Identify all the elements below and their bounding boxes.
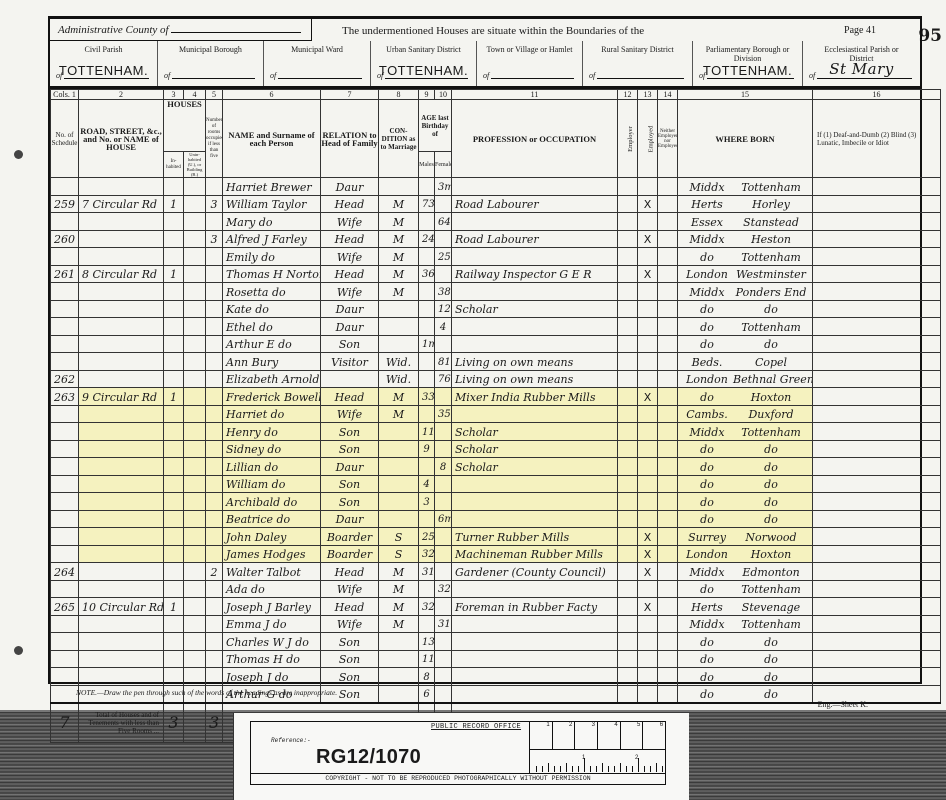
district-municipal-borough: Municipal Boroughof <box>158 41 264 86</box>
born-cell: doTottenham <box>678 580 813 598</box>
uninhabited-cell <box>184 493 206 511</box>
condition-cell <box>379 335 419 353</box>
rooms-cell <box>206 283 223 301</box>
neither-cell <box>658 370 678 388</box>
condition-cell: M <box>379 265 419 283</box>
relation-cell: Daur <box>321 318 379 336</box>
col-num: 6 <box>223 90 321 100</box>
female-age-cell <box>435 493 452 511</box>
infirmity-cell <box>813 405 941 423</box>
male-age-cell: 6 <box>419 685 435 703</box>
male-age-cell <box>419 370 435 388</box>
infirmity-cell <box>813 580 941 598</box>
schedule-cell <box>51 633 79 651</box>
condition-cell <box>379 685 419 703</box>
born-county: do <box>681 512 733 527</box>
born-cell: HertsStevenage <box>678 598 813 616</box>
occupation-cell: Turner Rubber Mills <box>452 528 618 546</box>
scale-tick <box>620 763 621 772</box>
name-cell: Lillian do <box>223 458 321 476</box>
employed-cell <box>638 580 658 598</box>
address-cell <box>79 615 164 633</box>
occupation-cell: Road Labourer <box>452 230 618 248</box>
born-place: do <box>733 670 809 685</box>
col-num: 16 <box>813 90 941 100</box>
uninhabited-cell <box>184 265 206 283</box>
neither-cell <box>658 423 678 441</box>
female-age-cell <box>435 668 452 686</box>
born-county: Beds. <box>681 355 733 370</box>
inhabited-cell <box>164 475 184 493</box>
rooms-cell <box>206 265 223 283</box>
occupation-cell <box>452 650 618 668</box>
born-cell: HertsHorley <box>678 195 813 213</box>
header-uninhabited: Unin-habited (U.), or Building (B.) <box>184 152 206 178</box>
inhabited-cell <box>164 370 184 388</box>
female-age-cell: 64 <box>435 213 452 231</box>
female-age-cell <box>435 633 452 651</box>
condition-cell <box>379 300 419 318</box>
born-county: Middx <box>681 232 733 247</box>
rooms-cell <box>206 388 223 406</box>
condition-cell: M <box>379 283 419 301</box>
born-place: Bethnal Green <box>733 372 809 387</box>
male-age-cell <box>419 353 435 371</box>
name-cell: Sidney do <box>223 440 321 458</box>
employer-cell <box>618 615 638 633</box>
rooms-cell <box>206 668 223 686</box>
male-age-cell: 33 <box>419 388 435 406</box>
employed-cell <box>638 475 658 493</box>
born-place: do <box>733 652 809 667</box>
born-place: Tottenham <box>733 320 809 335</box>
born-place: Duxford <box>733 407 809 422</box>
male-age-cell <box>419 178 435 196</box>
name-cell: Henry do <box>223 423 321 441</box>
neither-cell <box>658 633 678 651</box>
address-cell: 7 Circular Rd <box>79 195 164 213</box>
infirmity-cell <box>813 283 941 301</box>
born-county: do <box>681 477 733 492</box>
female-age-cell <box>435 195 452 213</box>
inhabited-cell <box>164 510 184 528</box>
table-row: 262Elizabeth ArnoldWid.76Living on own m… <box>51 370 941 388</box>
infirmity-cell <box>813 195 941 213</box>
male-age-cell: 73 <box>419 195 435 213</box>
name-cell: Emily do <box>223 248 321 266</box>
inhabited-cell: 1 <box>164 265 184 283</box>
born-cell: EssexStanstead <box>678 213 813 231</box>
occupation-cell <box>452 493 618 511</box>
occupation-cell <box>452 668 618 686</box>
occupation-cell <box>452 335 618 353</box>
male-age-cell: 36 <box>419 265 435 283</box>
occupation-cell <box>452 248 618 266</box>
occupation-cell: Scholar <box>452 458 618 476</box>
employer-cell <box>618 685 638 703</box>
reference-label: Reference:- <box>271 737 311 744</box>
infirmity-cell <box>813 318 941 336</box>
inhabited-cell <box>164 405 184 423</box>
name-cell: Elizabeth Arnold <box>223 370 321 388</box>
male-age-cell <box>419 510 435 528</box>
census-table: Cols. 1 2 3 4 5 6 7 8 9 10 11 12 13 14 <box>50 89 920 743</box>
rooms-cell <box>206 458 223 476</box>
relation-cell: Head <box>321 230 379 248</box>
total-houses-label: Total of Houses and of Tenements with le… <box>79 703 164 743</box>
born-cell: dodo <box>678 510 813 528</box>
total-inhabited: 3 <box>164 703 184 743</box>
reference-number: RG12/1070 <box>316 746 421 769</box>
employer-cell <box>618 545 638 563</box>
table-row: Thomas H doSon11dodo <box>51 650 941 668</box>
header-age: AGE last Birthday of <box>419 100 452 152</box>
male-age-cell <box>419 300 435 318</box>
district-urban-sanitary: Urban Sanitary DistrictofTOTTENHAM. <box>371 41 477 86</box>
name-cell: Mary do <box>223 213 321 231</box>
name-cell: Beatrice do <box>223 510 321 528</box>
condition-cell <box>379 475 419 493</box>
born-place: do <box>733 337 809 352</box>
employed-cell: X <box>638 195 658 213</box>
female-age-cell: 6m <box>435 510 452 528</box>
inhabited-cell <box>164 545 184 563</box>
table-row: Archibald doSon3dodo <box>51 493 941 511</box>
female-age-cell <box>435 598 452 616</box>
born-county: do <box>681 442 733 457</box>
employer-cell <box>618 300 638 318</box>
schedule-cell <box>51 528 79 546</box>
neither-cell <box>658 528 678 546</box>
occupation-cell: Living on own means <box>452 370 618 388</box>
rooms-cell <box>206 353 223 371</box>
employed-cell: X <box>638 563 658 581</box>
born-cell: SurreyNorwood <box>678 528 813 546</box>
employer-cell <box>618 248 638 266</box>
born-cell: dodo <box>678 668 813 686</box>
census-page: 95 Administrative County of The undermen… <box>0 0 946 712</box>
schedule-cell: 261 <box>51 265 79 283</box>
neither-cell <box>658 213 678 231</box>
schedule-cell <box>51 668 79 686</box>
employed-cell <box>638 318 658 336</box>
col-num: Cols. 1 <box>51 90 79 100</box>
archive-label: PUBLIC RECORD OFFICE Reference:- RG12/10… <box>233 713 689 800</box>
uninhabited-cell <box>184 510 206 528</box>
schedule-cell <box>51 493 79 511</box>
table-row: James HodgesBoarderS32Machineman Rubber … <box>51 545 941 563</box>
employed-cell <box>638 353 658 371</box>
condition-cell <box>379 668 419 686</box>
header-inhabited: In-habited <box>164 152 184 178</box>
name-cell: Ethel do <box>223 318 321 336</box>
scale-tick <box>560 766 561 772</box>
header-where-born: WHERE BORN <box>678 100 813 178</box>
born-place: do <box>733 302 809 317</box>
scale-tick <box>566 763 567 772</box>
born-county: do <box>681 320 733 335</box>
infirmity-cell <box>813 545 941 563</box>
address-cell <box>79 493 164 511</box>
uninhabited-cell <box>184 475 206 493</box>
schedule-cell <box>51 335 79 353</box>
neither-cell <box>658 405 678 423</box>
header-infirmity: If (1) Deaf-and-Dumb (2) Blind (3) Lunat… <box>813 100 941 178</box>
sheet-label: Eng.—Sheet K. <box>818 700 868 709</box>
name-cell: Charles W J do <box>223 633 321 651</box>
header-females: Females <box>435 152 452 178</box>
name-cell: Ann Bury <box>223 353 321 371</box>
col-num: 5 <box>206 90 223 100</box>
name-cell: John Daley <box>223 528 321 546</box>
neither-cell <box>658 650 678 668</box>
born-place: Tottenham <box>733 425 809 440</box>
relation-cell: Daur <box>321 510 379 528</box>
punch-hole <box>14 646 23 655</box>
col-num: 4 <box>184 90 206 100</box>
district-parliamentary: Parliamentary Borough or DivisionofTOTTE… <box>693 41 803 86</box>
employer-cell <box>618 335 638 353</box>
born-cell: MiddxTottenham <box>678 423 813 441</box>
condition-cell <box>379 178 419 196</box>
col-num: 3 <box>164 90 184 100</box>
inhabited-cell <box>164 440 184 458</box>
occupation-cell <box>452 318 618 336</box>
inhabited-cell <box>164 580 184 598</box>
address-cell <box>79 423 164 441</box>
occupation-cell <box>452 213 618 231</box>
table-row: Joseph J doSon8dodo <box>51 668 941 686</box>
born-cell: dodo <box>678 440 813 458</box>
schedule-cell <box>51 300 79 318</box>
scale-tick <box>608 766 609 772</box>
rooms-cell <box>206 580 223 598</box>
neither-cell <box>658 283 678 301</box>
employed-cell: X <box>638 545 658 563</box>
neither-cell <box>658 335 678 353</box>
condition-cell: M <box>379 405 419 423</box>
header-name: NAME and Surname of each Person <box>223 100 321 178</box>
condition-cell <box>379 318 419 336</box>
female-age-cell <box>435 685 452 703</box>
address-cell <box>79 178 164 196</box>
female-age-cell <box>435 265 452 283</box>
table-row: Beatrice doDaur6mdodo <box>51 510 941 528</box>
female-age-cell <box>435 545 452 563</box>
uninhabited-cell <box>184 405 206 423</box>
district-rural-sanitary: Rural Sanitary Districtof <box>583 41 693 86</box>
schedule-cell <box>51 423 79 441</box>
address-cell <box>79 633 164 651</box>
intro-text: The undermentioned Houses are situate wi… <box>342 25 644 37</box>
condition-cell: M <box>379 213 419 231</box>
schedule-cell <box>51 458 79 476</box>
condition-cell: M <box>379 615 419 633</box>
scale-tick <box>656 763 657 772</box>
relation-cell: Wife <box>321 615 379 633</box>
table-row: 2597 Circular Rd13William TaylorHeadM73R… <box>51 195 941 213</box>
infirmity-cell <box>813 213 941 231</box>
born-place: Ponders End <box>733 285 809 300</box>
name-cell: Rosetta do <box>223 283 321 301</box>
employer-cell <box>618 178 638 196</box>
rooms-cell <box>206 510 223 528</box>
born-county: Middx <box>681 180 733 195</box>
name-cell: William do <box>223 475 321 493</box>
employed-cell <box>638 335 658 353</box>
rooms-cell <box>206 475 223 493</box>
inhabited-cell: 1 <box>164 598 184 616</box>
table-row: 2642Walter TalbotHeadM31Gardener (County… <box>51 563 941 581</box>
condition-cell: M <box>379 563 419 581</box>
copyright-notice: COPYRIGHT - NOT TO BE REPRODUCED PHOTOGR… <box>251 773 665 784</box>
table-row: Harriet doWifeM35Cambs.Duxford <box>51 405 941 423</box>
schedule-cell <box>51 405 79 423</box>
infirmity-cell <box>813 335 941 353</box>
employed-cell: X <box>638 230 658 248</box>
table-row: John DaleyBoarderS25Turner Rubber MillsX… <box>51 528 941 546</box>
employer-cell <box>618 563 638 581</box>
employer-cell <box>618 318 638 336</box>
employed-cell <box>638 440 658 458</box>
scale-tick <box>596 766 597 772</box>
employed-cell <box>638 668 658 686</box>
uninhabited-cell <box>184 458 206 476</box>
neither-cell <box>658 545 678 563</box>
employer-cell <box>618 458 638 476</box>
inhabited-cell <box>164 458 184 476</box>
scale-tick <box>632 766 633 772</box>
table-row: Sidney doSon9Scholardodo <box>51 440 941 458</box>
employed-cell <box>638 300 658 318</box>
rooms-cell <box>206 615 223 633</box>
rooms-cell <box>206 545 223 563</box>
total-schedules: 7 <box>51 703 79 743</box>
relation-cell: Son <box>321 668 379 686</box>
inhabited-cell <box>164 650 184 668</box>
scale-tick <box>644 766 645 772</box>
born-place: do <box>733 460 809 475</box>
employer-cell <box>618 195 638 213</box>
address-cell <box>79 563 164 581</box>
table-row: 2603Alfred J FarleyHeadM24Road LabourerX… <box>51 230 941 248</box>
address-cell <box>79 283 164 301</box>
born-place: Edmonton <box>733 565 809 580</box>
uninhabited-cell <box>184 598 206 616</box>
inhabited-cell <box>164 213 184 231</box>
born-county: do <box>681 582 733 597</box>
infirmity-cell <box>813 615 941 633</box>
neither-cell <box>658 563 678 581</box>
schedule-cell: 263 <box>51 388 79 406</box>
infirmity-cell <box>813 353 941 371</box>
relation-cell: Wife <box>321 213 379 231</box>
male-age-cell <box>419 248 435 266</box>
uninhabited-cell <box>184 528 206 546</box>
male-age-cell <box>419 580 435 598</box>
female-age-cell <box>435 230 452 248</box>
schedule-cell <box>51 650 79 668</box>
address-cell <box>79 230 164 248</box>
uninhabited-cell <box>184 178 206 196</box>
header-condition: CON-DITION as to Marriage <box>379 100 419 178</box>
male-age-cell <box>419 318 435 336</box>
relation-cell: Son <box>321 335 379 353</box>
born-place: Tottenham <box>733 582 809 597</box>
rooms-cell <box>206 335 223 353</box>
born-cell: MiddxTottenham <box>678 615 813 633</box>
uninhabited-cell <box>184 335 206 353</box>
born-cell: dodo <box>678 300 813 318</box>
relation-cell: Wife <box>321 405 379 423</box>
table-row: Charles W J doSon13dodo <box>51 633 941 651</box>
born-county: do <box>681 337 733 352</box>
condition-cell <box>379 458 419 476</box>
rooms-cell <box>206 440 223 458</box>
born-place: Hoxton <box>733 547 809 562</box>
uninhabited-cell <box>184 633 206 651</box>
address-cell <box>79 580 164 598</box>
occupation-cell: Road Labourer <box>452 195 618 213</box>
table-row: Emily doWifeM25doTottenham <box>51 248 941 266</box>
infirmity-cell <box>813 458 941 476</box>
infirmity-cell <box>813 598 941 616</box>
relation-cell: Son <box>321 440 379 458</box>
table-row: Lillian doDaur8Scholardodo <box>51 458 941 476</box>
employer-cell <box>618 475 638 493</box>
born-place: Norwood <box>733 530 809 545</box>
scale-tick <box>548 763 549 772</box>
born-county: do <box>681 460 733 475</box>
male-age-cell: 9 <box>419 440 435 458</box>
born-cell: Beds.Copel <box>678 353 813 371</box>
scale-tick <box>536 766 537 772</box>
female-age-cell <box>435 475 452 493</box>
born-county: do <box>681 390 733 405</box>
born-place: do <box>733 512 809 527</box>
employer-cell <box>618 405 638 423</box>
col-num: 11 <box>452 90 618 100</box>
occupation-cell: Scholar <box>452 423 618 441</box>
neither-cell <box>658 598 678 616</box>
occupation-cell: Railway Inspector G E R <box>452 265 618 283</box>
rooms-cell <box>206 248 223 266</box>
uninhabited-cell <box>184 650 206 668</box>
born-county: do <box>681 302 733 317</box>
born-place: Tottenham <box>733 180 809 195</box>
born-county: London <box>681 547 733 562</box>
schedule-cell <box>51 178 79 196</box>
employer-cell <box>618 440 638 458</box>
condition-cell: Wid. <box>379 370 419 388</box>
address-cell <box>79 353 164 371</box>
male-age-cell <box>419 458 435 476</box>
total-rooms: 3 <box>206 703 223 743</box>
neither-cell <box>658 248 678 266</box>
footnote: NOTE.—Draw the pen through such of the w… <box>76 688 337 697</box>
occupation-cell <box>452 283 618 301</box>
table-row: Henry doSon11ScholarMiddxTottenham <box>51 423 941 441</box>
name-cell: Kate do <box>223 300 321 318</box>
born-county: do <box>681 670 733 685</box>
neither-cell <box>658 265 678 283</box>
scale-tick <box>572 766 573 772</box>
col-num: 9 <box>419 90 435 100</box>
employer-cell <box>618 668 638 686</box>
col-num: 10 <box>435 90 452 100</box>
relation-cell: Daur <box>321 300 379 318</box>
name-cell: William Taylor <box>223 195 321 213</box>
